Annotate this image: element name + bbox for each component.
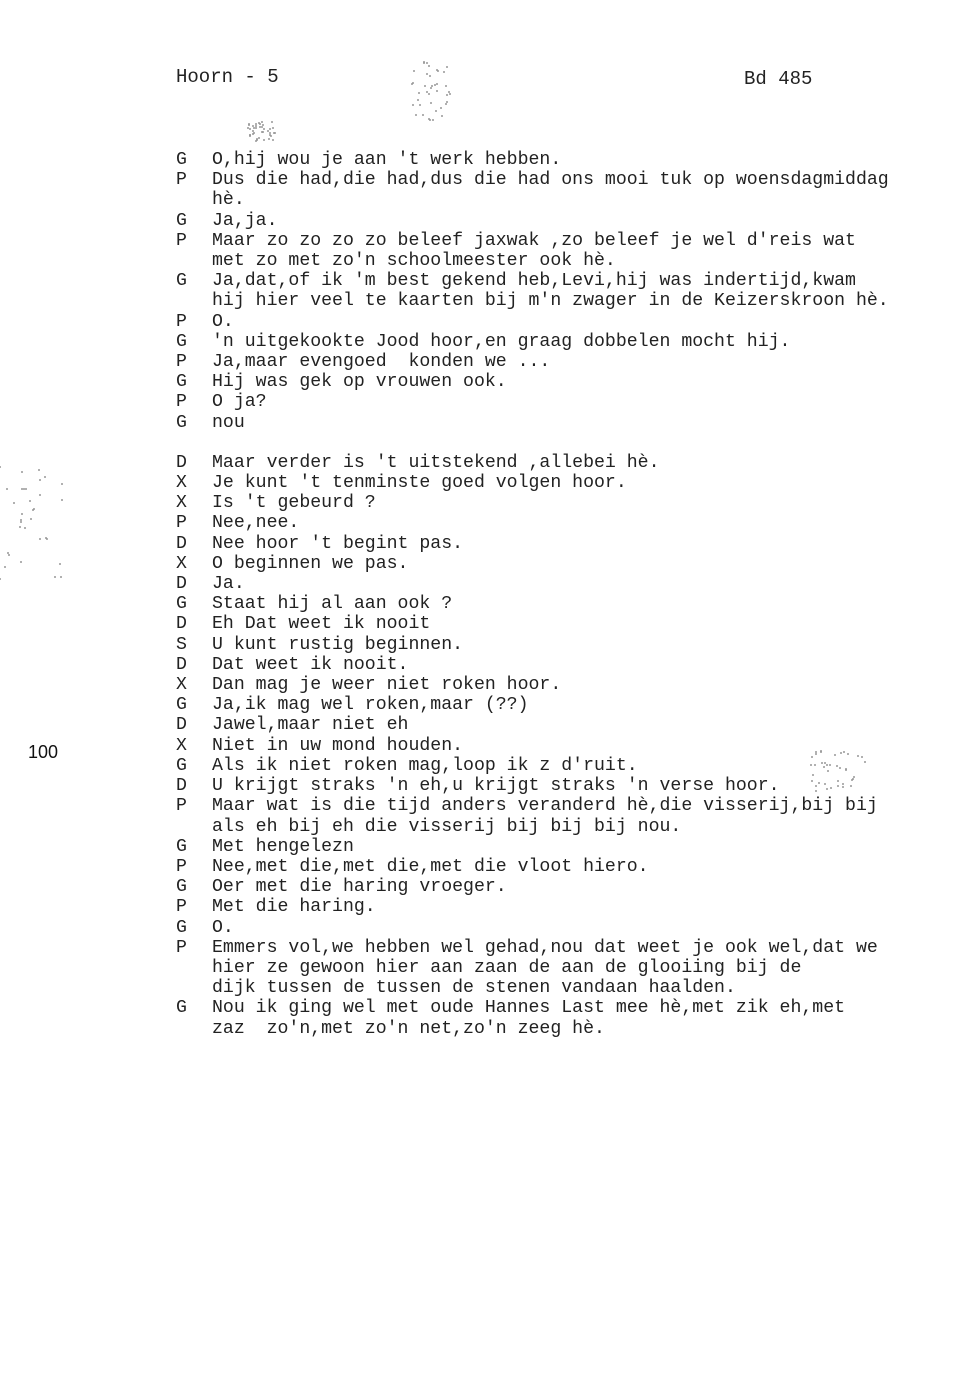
speaker-label: P bbox=[176, 231, 212, 251]
speaker-label: G bbox=[176, 756, 212, 776]
speaker-label: D bbox=[176, 776, 212, 796]
utterance-text: Als ik niet roken mag,loop ik z d'ruit. bbox=[212, 756, 638, 776]
header-location: Hoorn - 5 bbox=[176, 66, 279, 88]
utterance-text: Maar wat is die tijd anders veranderd hè… bbox=[212, 796, 878, 816]
utterance-text: Maar verder is 't uitstekend ,allebei hè… bbox=[212, 453, 660, 473]
transcript-line: GO. bbox=[176, 918, 973, 938]
utterance-text: Nee hoor 't begint pas. bbox=[212, 534, 463, 554]
transcript-line: PO ja? bbox=[176, 392, 973, 412]
utterance-text: dijk tussen de tussen de stenen vandaan … bbox=[212, 978, 736, 998]
transcript-line: PNee,met die,met die,met die vloot hiero… bbox=[176, 857, 973, 877]
utterance-text: O beginnen we pas. bbox=[212, 554, 408, 574]
utterance-text: Ja,ik mag wel roken,maar (??) bbox=[212, 695, 529, 715]
transcript-line: DMaar verder is 't uitstekend ,allebei h… bbox=[176, 453, 973, 473]
utterance-text: Oer met die haring vroeger. bbox=[212, 877, 507, 897]
speaker-label: G bbox=[176, 211, 212, 231]
utterance-text: Niet in uw mond houden. bbox=[212, 736, 463, 756]
utterance-text: Ja,dat,of ik 'm best gekend heb,Levi,hij… bbox=[212, 271, 856, 291]
speaker-label: G bbox=[176, 271, 212, 291]
utterance-text: Dat weet ik nooit. bbox=[212, 655, 408, 675]
utterance-text: Je kunt 't tenminste goed volgen hoor. bbox=[212, 473, 627, 493]
speaker-label: X bbox=[176, 554, 212, 574]
utterance-text: zaz zo'n,met zo'n net,zo'n zeeg hè. bbox=[212, 1019, 605, 1039]
utterance-text: met zo met zo'n schoolmeester ook hè. bbox=[212, 251, 616, 271]
utterance-text: Met die haring. bbox=[212, 897, 376, 917]
block-gap bbox=[176, 433, 973, 453]
header-reference: Bd 485 bbox=[744, 68, 812, 90]
speaker-label: G bbox=[176, 594, 212, 614]
utterance-text: Ja. bbox=[212, 574, 245, 594]
speaker-label: D bbox=[176, 574, 212, 594]
transcript-line: XJe kunt 't tenminste goed volgen hoor. bbox=[176, 473, 973, 493]
transcript-line: als eh bij eh die visserij bij bij bij n… bbox=[176, 817, 973, 837]
utterance-text: U krijgt straks 'n eh,u krijgt straks 'n… bbox=[212, 776, 780, 796]
utterance-text: Jawel,maar niet eh bbox=[212, 715, 408, 735]
utterance-text: Eh Dat weet ik nooit bbox=[212, 614, 430, 634]
speaker-label: G bbox=[176, 332, 212, 352]
speaker-label bbox=[176, 1019, 212, 1039]
speaker-label: P bbox=[176, 170, 212, 190]
speaker-label bbox=[176, 251, 212, 271]
speaker-label: P bbox=[176, 938, 212, 958]
transcript-block-2: DMaar verder is 't uitstekend ,allebei h… bbox=[176, 453, 973, 1039]
utterance-text: Is 't gebeurd ? bbox=[212, 493, 376, 513]
transcript-line: GOer met die haring vroeger. bbox=[176, 877, 973, 897]
transcript-line: GStaat hij al aan ook ? bbox=[176, 594, 973, 614]
utterance-text: Nee,nee. bbox=[212, 513, 299, 533]
transcript-line: GJa,ja. bbox=[176, 211, 973, 231]
transcript-line: GHij was gek op vrouwen ook. bbox=[176, 372, 973, 392]
utterance-text: Emmers vol,we hebben wel gehad,nou dat w… bbox=[212, 938, 878, 958]
speaker-label bbox=[176, 958, 212, 978]
utterance-text: Hij was gek op vrouwen ook. bbox=[212, 372, 507, 392]
utterance-text: O. bbox=[212, 918, 234, 938]
speaker-label: X bbox=[176, 675, 212, 695]
transcript-line: GAls ik niet roken mag,loop ik z d'ruit. bbox=[176, 756, 973, 776]
utterance-text: Ja,maar evengoed konden we ... bbox=[212, 352, 550, 372]
speaker-label: S bbox=[176, 635, 212, 655]
utterance-text: U kunt rustig beginnen. bbox=[212, 635, 463, 655]
utterance-text: als eh bij eh die visserij bij bij bij n… bbox=[212, 817, 681, 837]
utterance-text: hij hier veel te kaarten bij m'n zwager … bbox=[212, 291, 889, 311]
transcript-line: Gnou bbox=[176, 413, 973, 433]
transcript-line: PMaar zo zo zo zo beleef jaxwak ,zo bele… bbox=[176, 231, 973, 251]
utterance-text: nou bbox=[212, 413, 245, 433]
transcript-line: GJa,dat,of ik 'm best gekend heb,Levi,hi… bbox=[176, 271, 973, 291]
transcript-line: PNee,nee. bbox=[176, 513, 973, 533]
utterance-text: Nee,met die,met die,met die vloot hiero. bbox=[212, 857, 649, 877]
transcript-line: dijk tussen de tussen de stenen vandaan … bbox=[176, 978, 973, 998]
utterance-text: Ja,ja. bbox=[212, 211, 278, 231]
speaker-label: G bbox=[176, 877, 212, 897]
speaker-label: G bbox=[176, 998, 212, 1018]
speaker-label: D bbox=[176, 655, 212, 675]
transcript-line: met zo met zo'n schoolmeester ook hè. bbox=[176, 251, 973, 271]
speaker-label: G bbox=[176, 413, 212, 433]
speaker-label: P bbox=[176, 312, 212, 332]
speaker-label: G bbox=[176, 150, 212, 170]
transcript-line: DJawel,maar niet eh bbox=[176, 715, 973, 735]
utterance-text: Dan mag je weer niet roken hoor. bbox=[212, 675, 561, 695]
utterance-text: O ja? bbox=[212, 392, 267, 412]
utterance-text: Dus die had,die had,dus die had ons mooi… bbox=[212, 170, 889, 190]
transcript-line: XO beginnen we pas. bbox=[176, 554, 973, 574]
speaker-label: P bbox=[176, 392, 212, 412]
speaker-label: G bbox=[176, 837, 212, 857]
transcript-line: XDan mag je weer niet roken hoor. bbox=[176, 675, 973, 695]
speaker-label: P bbox=[176, 513, 212, 533]
speaker-label: P bbox=[176, 897, 212, 917]
utterance-text: O. bbox=[212, 312, 234, 332]
transcript-line: GJa,ik mag wel roken,maar (??) bbox=[176, 695, 973, 715]
speaker-label: X bbox=[176, 473, 212, 493]
speaker-label: D bbox=[176, 715, 212, 735]
utterance-text: Nou ik ging wel met oude Hannes Last mee… bbox=[212, 998, 845, 1018]
transcript-block-1: GO,hij wou je aan 't werk hebben.PDus di… bbox=[176, 150, 973, 433]
transcript-line: PDus die had,die had,dus die had ons moo… bbox=[176, 170, 973, 190]
speaker-label bbox=[176, 190, 212, 210]
transcript-line: XNiet in uw mond houden. bbox=[176, 736, 973, 756]
utterance-text: O,hij wou je aan 't werk hebben. bbox=[212, 150, 561, 170]
utterance-text: Staat hij al aan ook ? bbox=[212, 594, 452, 614]
transcript-line: PMaar wat is die tijd anders veranderd h… bbox=[176, 796, 973, 816]
transcript-line: XIs 't gebeurd ? bbox=[176, 493, 973, 513]
speaker-label bbox=[176, 817, 212, 837]
transcript-line: hier ze gewoon hier aan zaan de aan de g… bbox=[176, 958, 973, 978]
speaker-label: X bbox=[176, 493, 212, 513]
transcript-line: DJa. bbox=[176, 574, 973, 594]
speaker-label: P bbox=[176, 857, 212, 877]
speaker-label bbox=[176, 291, 212, 311]
transcript-line: SU kunt rustig beginnen. bbox=[176, 635, 973, 655]
transcript-line: GO,hij wou je aan 't werk hebben. bbox=[176, 150, 973, 170]
speaker-label: P bbox=[176, 796, 212, 816]
utterance-text: hier ze gewoon hier aan zaan de aan de g… bbox=[212, 958, 801, 978]
transcript-line: DDat weet ik nooit. bbox=[176, 655, 973, 675]
speaker-label: X bbox=[176, 736, 212, 756]
speaker-label: D bbox=[176, 453, 212, 473]
scanned-page: Hoorn - 5 Bd 485 100 GO,hij wou je aan '… bbox=[0, 0, 973, 1392]
speaker-label: G bbox=[176, 695, 212, 715]
transcript-line: DNee hoor 't begint pas. bbox=[176, 534, 973, 554]
transcript-line: DEh Dat weet ik nooit bbox=[176, 614, 973, 634]
transcript-line: hè. bbox=[176, 190, 973, 210]
margin-line-number: 100 bbox=[28, 742, 58, 763]
speaker-label: D bbox=[176, 614, 212, 634]
utterance-text: 'n uitgekookte Jood hoor,en graag dobbel… bbox=[212, 332, 790, 352]
speaker-label bbox=[176, 978, 212, 998]
transcript-line: GMet hengelezn bbox=[176, 837, 973, 857]
utterance-text: Maar zo zo zo zo beleef jaxwak ,zo belee… bbox=[212, 231, 856, 251]
transcript-line: zaz zo'n,met zo'n net,zo'n zeeg hè. bbox=[176, 1019, 973, 1039]
utterance-text: Met hengelezn bbox=[212, 837, 354, 857]
speaker-label: G bbox=[176, 918, 212, 938]
utterance-text: hè. bbox=[212, 190, 245, 210]
transcript-line: G'n uitgekookte Jood hoor,en graag dobbe… bbox=[176, 332, 973, 352]
transcript: GO,hij wou je aan 't werk hebben.PDus di… bbox=[176, 150, 973, 1039]
transcript-line: PEmmers vol,we hebben wel gehad,nou dat … bbox=[176, 938, 973, 958]
speaker-label: G bbox=[176, 372, 212, 392]
transcript-line: GNou ik ging wel met oude Hannes Last me… bbox=[176, 998, 973, 1018]
transcript-line: PMet die haring. bbox=[176, 897, 973, 917]
transcript-line: hij hier veel te kaarten bij m'n zwager … bbox=[176, 291, 973, 311]
speaker-label: P bbox=[176, 352, 212, 372]
transcript-line: PO. bbox=[176, 312, 973, 332]
transcript-line: PJa,maar evengoed konden we ... bbox=[176, 352, 973, 372]
speaker-label: D bbox=[176, 534, 212, 554]
